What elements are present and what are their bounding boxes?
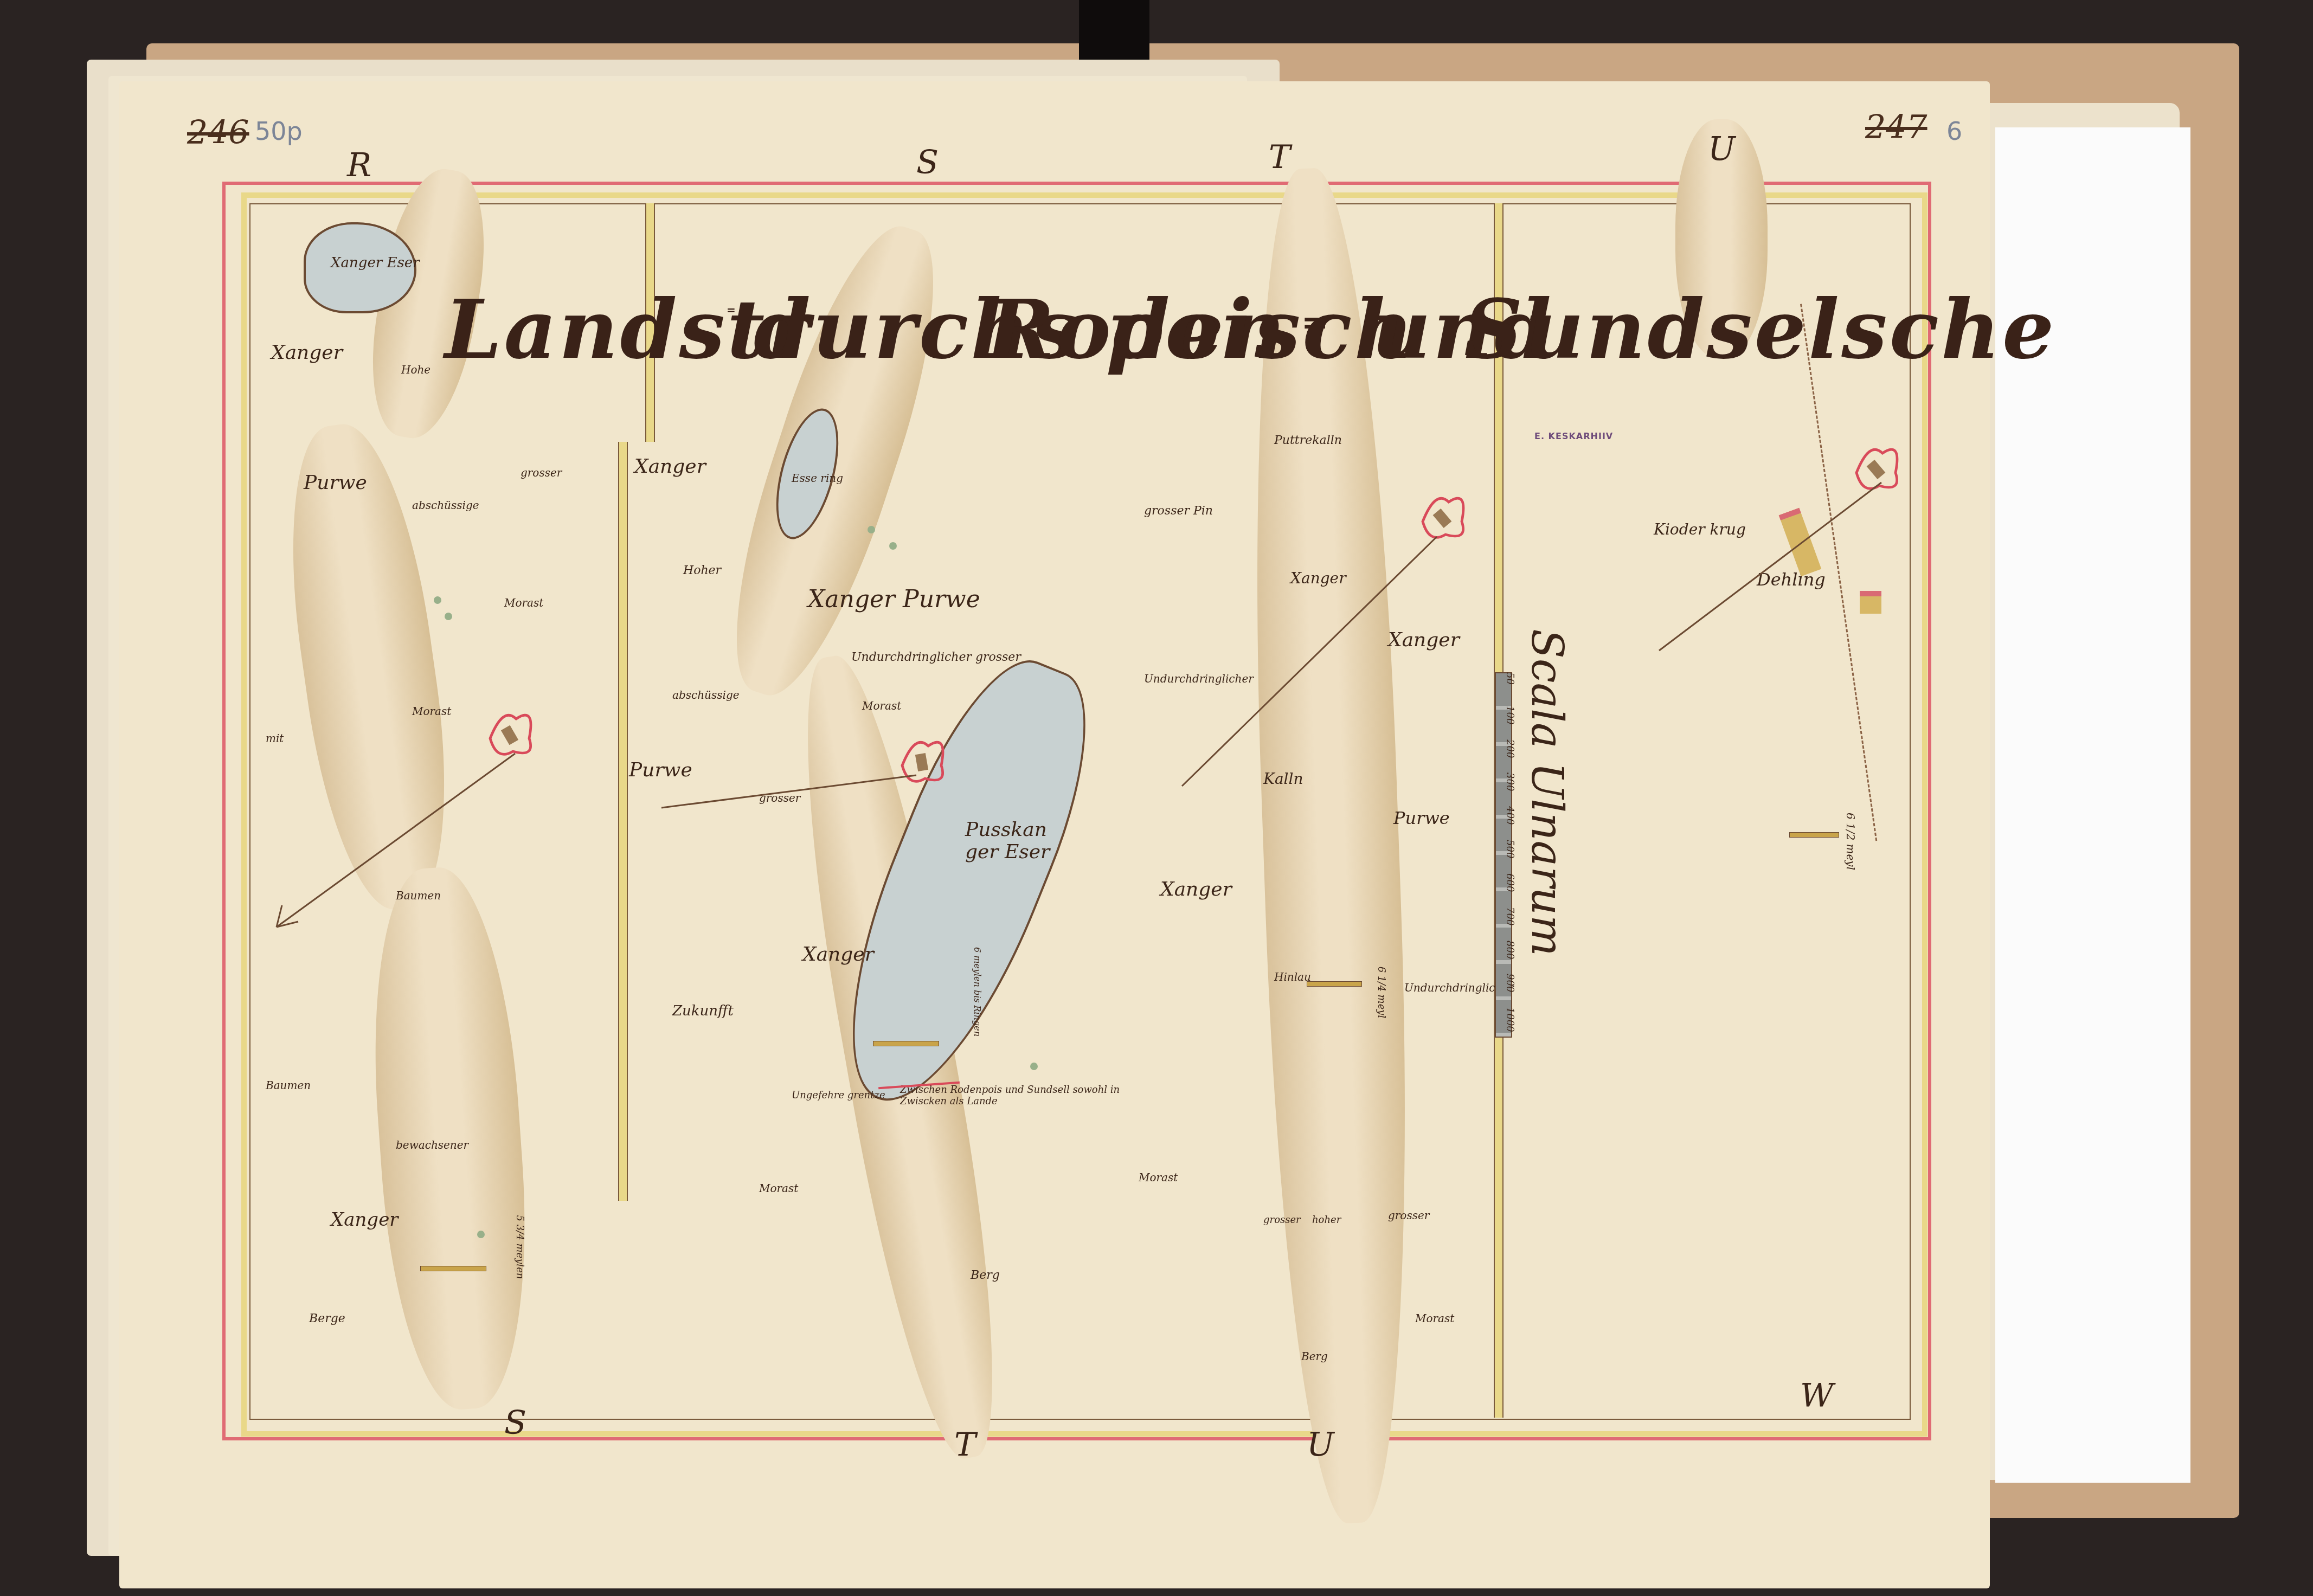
place-label: Morast <box>862 699 901 712</box>
scale-tick: 800 <box>1482 941 1515 962</box>
milestone-icon <box>1307 981 1362 987</box>
place-label: grosser <box>1388 1209 1429 1222</box>
archive-stamp: E. KESKARHIIV <box>1534 431 1613 441</box>
map-title-word-6: Sundselsche <box>1464 282 2056 377</box>
place-label: Xanger <box>802 943 874 966</box>
place-label: bewachsener <box>396 1138 468 1151</box>
scale-tick: 400 <box>1482 806 1515 828</box>
place-label: abschüssige <box>672 688 740 702</box>
boundary-note: Zwischen Rodenpois und Sundsell sowohl i… <box>900 1084 1133 1107</box>
distance-label: 5 3/4 meylen <box>514 1215 525 1279</box>
panel-divider-rs-lower <box>618 442 628 1201</box>
place-label: Morast <box>1139 1171 1178 1184</box>
scale-tick: 1000 <box>1482 1007 1515 1029</box>
label-lake: Esse ring <box>792 472 843 485</box>
sheet-letter-bottom-w: W <box>1800 1377 1834 1415</box>
place-label: Xanger <box>331 1209 399 1231</box>
place-label: Xanger Purwe <box>808 585 980 613</box>
scale-tick: 200 <box>1482 739 1515 761</box>
tree-icon <box>477 1231 485 1238</box>
tree-icon <box>445 613 452 620</box>
north-arrow-icon <box>260 748 521 943</box>
book-spine-gap <box>1079 0 1149 60</box>
place-label: Berg <box>1301 1350 1328 1363</box>
place-label: Morast <box>412 705 451 718</box>
place-label: Purwe <box>304 472 367 494</box>
place-label: abschüssige <box>412 499 479 512</box>
scale-title: Scala Ulnarum <box>1522 629 1572 956</box>
place-label: Berge <box>309 1312 345 1325</box>
scale-tick: 100 <box>1482 706 1515 728</box>
title-sep-1: = <box>727 304 738 317</box>
tree-icon <box>434 596 441 604</box>
sheet-letter-top-u: U <box>1708 130 1736 168</box>
map-title-word-4: poisch <box>1106 282 1416 377</box>
title-sep-2: = <box>1301 304 1331 342</box>
place-label: Xanger <box>1160 878 1232 900</box>
place-label: Undurchdringlicher grosser <box>851 651 1021 664</box>
place-label: Morast <box>1415 1312 1454 1325</box>
place-label: Hoher <box>683 564 721 577</box>
label-lake: Xanger Eser <box>331 255 420 271</box>
place-label: Xanger <box>634 455 706 478</box>
place-label: Xanger <box>271 342 343 364</box>
scale-tick: 600 <box>1482 873 1515 895</box>
place-label: Morast <box>759 1182 798 1195</box>
tree-icon <box>1030 1063 1038 1070</box>
milestone-icon <box>873 1041 939 1046</box>
place-label: Hohe <box>401 363 431 376</box>
sheet-letter-bottom-t: T <box>954 1426 976 1464</box>
tree-icon <box>889 542 897 550</box>
place-label: Hinlau <box>1274 970 1311 983</box>
page-number-left-pencil: 50p <box>255 117 303 146</box>
north-arrow-icon <box>1648 477 1887 656</box>
distance-label: 6 meylen bis Ringen <box>972 947 982 1037</box>
sheet-letter-top-r: R <box>347 146 371 184</box>
scale-tick: 300 <box>1482 773 1515 794</box>
sheet-letter-top-s: S <box>916 144 939 182</box>
place-label: hoher <box>1312 1214 1341 1226</box>
scale-tick: 500 <box>1482 840 1515 861</box>
milestone-icon <box>1789 832 1839 838</box>
place-label: Zukunfft <box>672 1003 734 1019</box>
sheet-letter-bottom-u: U <box>1307 1426 1334 1464</box>
scale-tick: 900 <box>1482 974 1515 995</box>
page-number-left: 246 <box>187 114 249 152</box>
place-label: grosser <box>521 466 562 479</box>
page-number-right: 247 <box>1865 108 1928 146</box>
north-arrow-icon <box>651 770 922 813</box>
place-label: grosser Pin <box>1144 504 1213 518</box>
place-label: Morast <box>504 596 543 609</box>
tree-icon <box>868 526 875 533</box>
distance-label: 6 1/4 meyl <box>1376 967 1387 1019</box>
milestone-icon <box>420 1266 486 1271</box>
north-arrow-icon <box>1171 531 1442 791</box>
scale-tick: 700 <box>1482 907 1515 929</box>
page-number-right-pencil: 6 <box>1946 117 1962 146</box>
boundary-note: Ungefehre grentze <box>792 1090 885 1101</box>
place-label: grosser <box>1263 1214 1301 1226</box>
place-label: Puttrekalln <box>1274 434 1342 447</box>
place-label: Purwe <box>1393 808 1450 828</box>
label-lake: Pusskan ger Eser <box>965 819 1052 863</box>
scale-tick: 50 <box>1482 672 1515 694</box>
sheet-letter-bottom-s: S <box>504 1404 526 1442</box>
sheet-letter-top-t: T <box>1269 138 1290 176</box>
place-label: Berg <box>971 1269 1000 1282</box>
distance-label: 6 1/2 meyl <box>1844 813 1857 870</box>
place-label: Baumen <box>266 1079 311 1092</box>
place-label: mit <box>266 732 284 745</box>
